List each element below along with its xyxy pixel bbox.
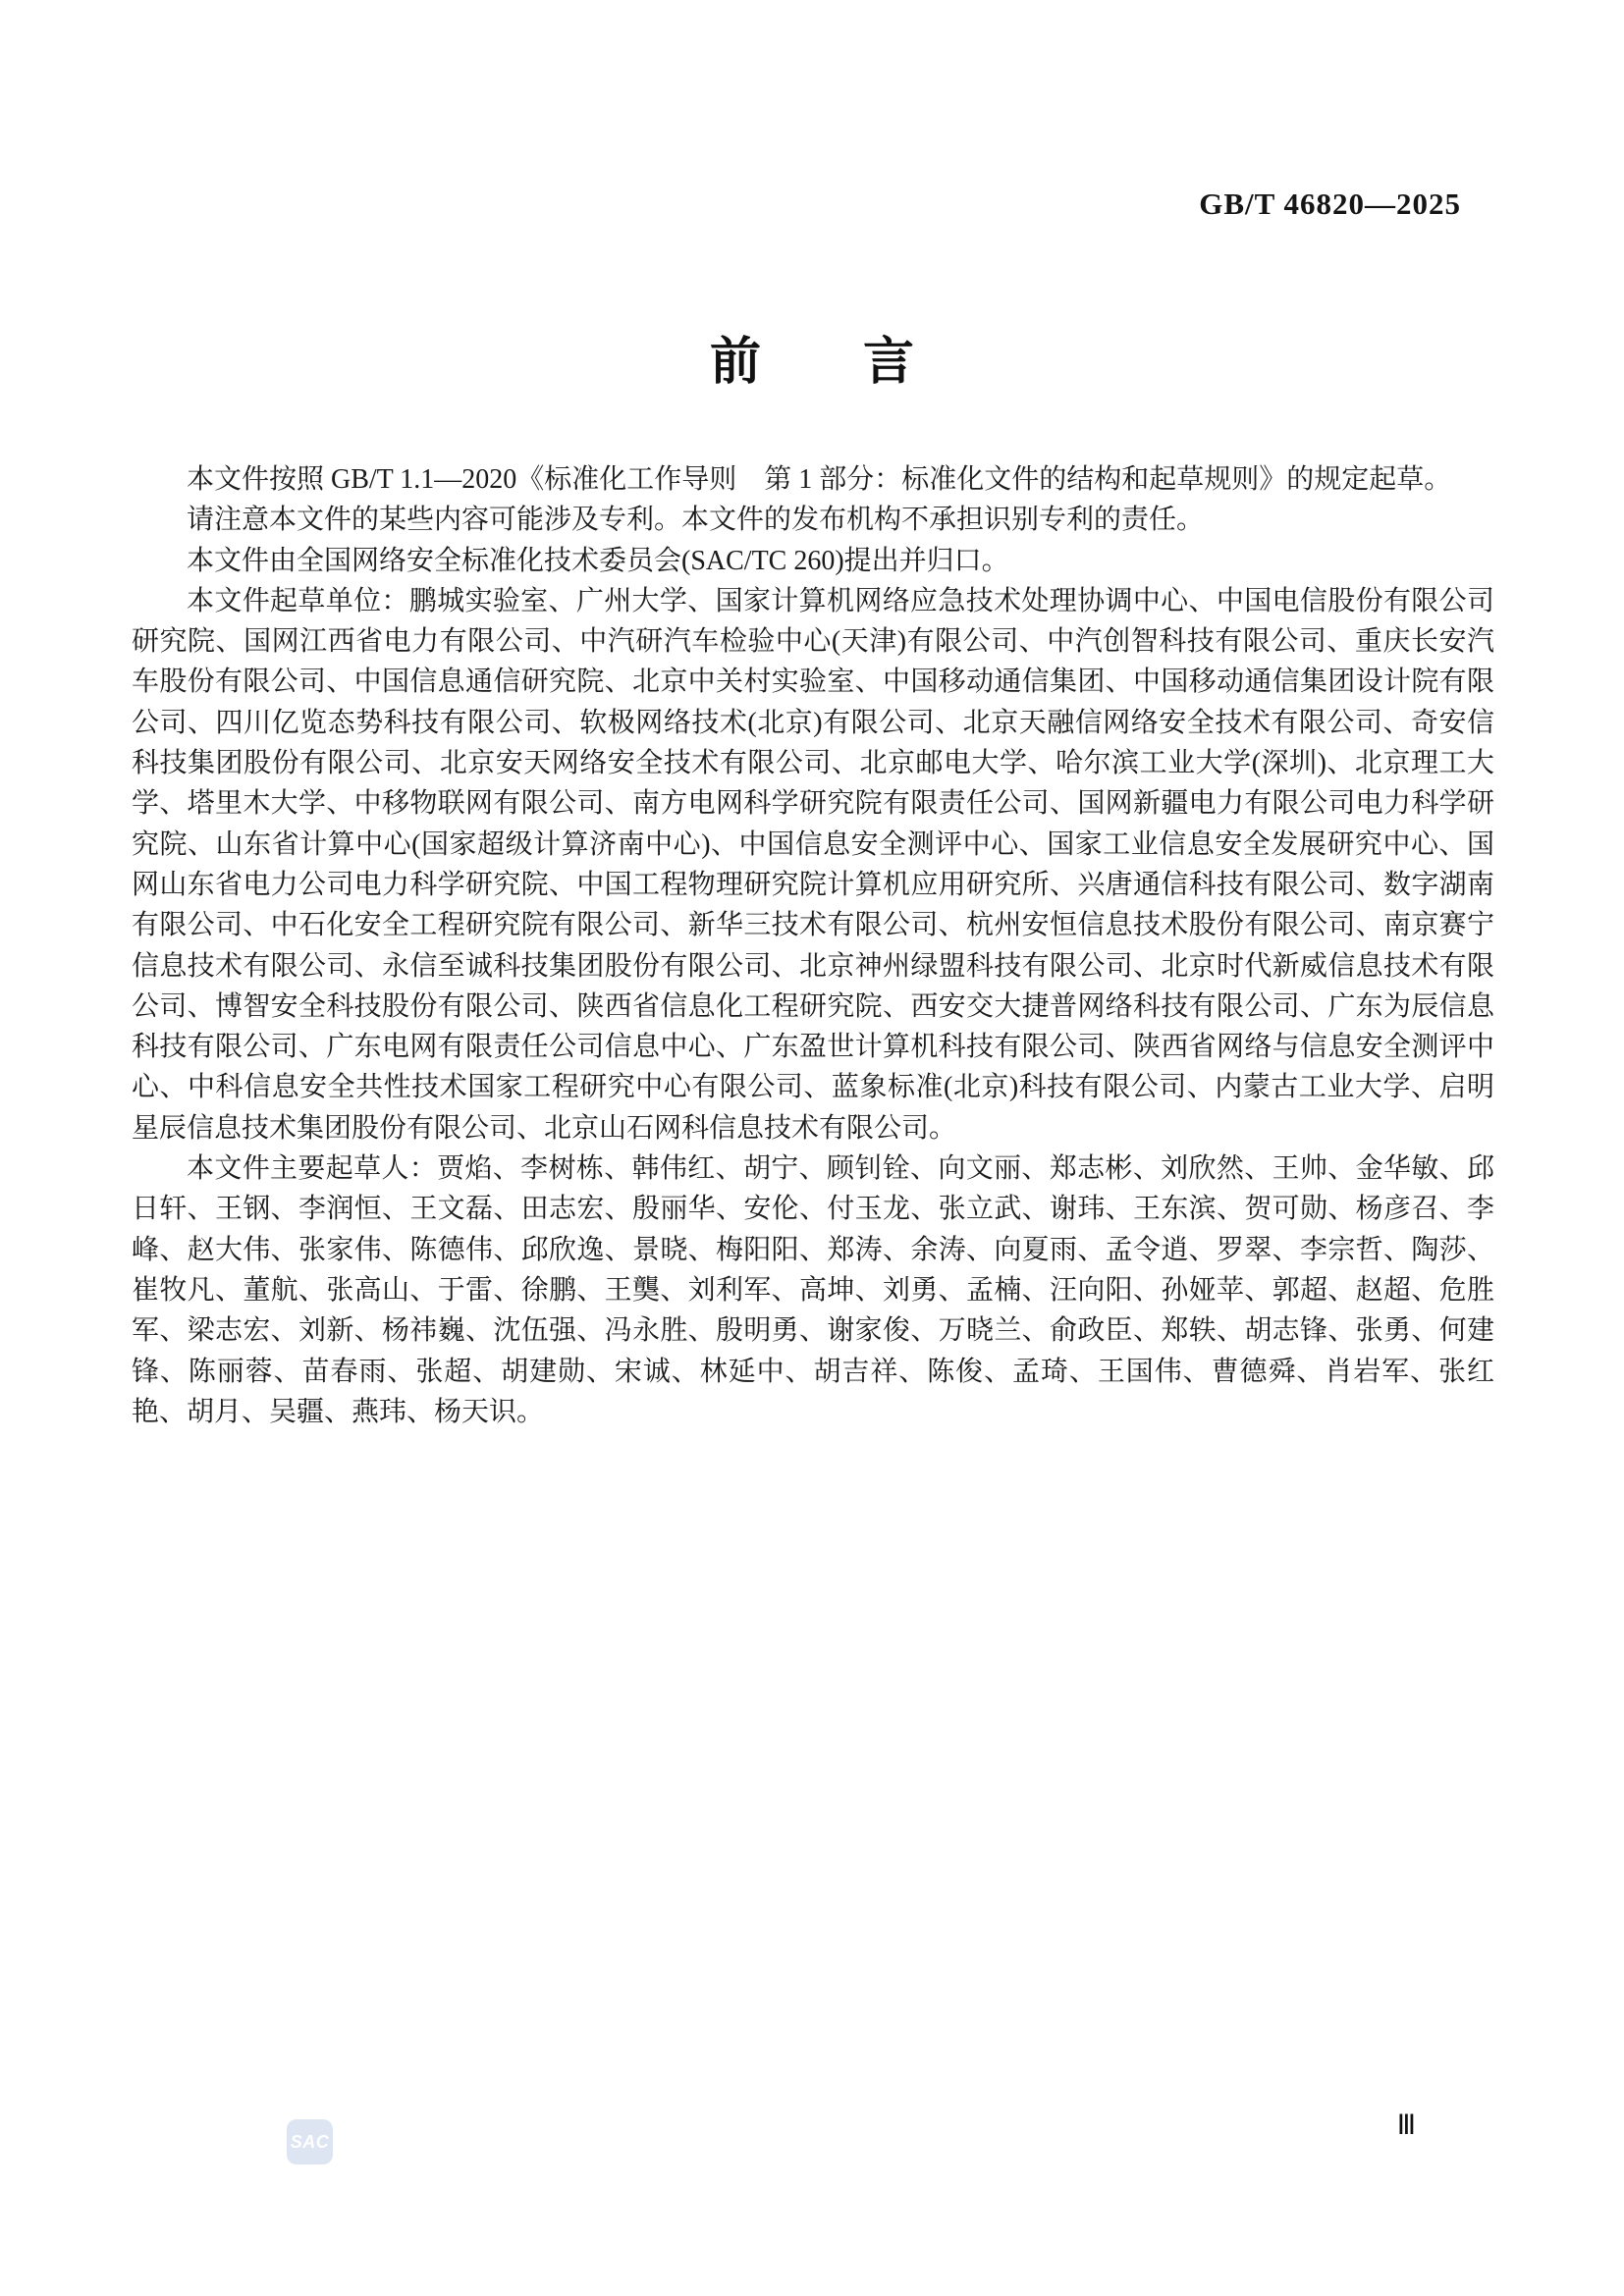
- paragraph-committee: 本文件由全国网络安全标准化技术委员会(SAC/TC 260)提出并归口。: [132, 541, 1494, 581]
- page-title: 前 言: [0, 320, 1624, 394]
- page-number: Ⅲ: [1397, 2109, 1416, 2142]
- sac-logo: SAC: [287, 2119, 333, 2164]
- standard-number: GB/T 46820—2025: [1199, 187, 1461, 222]
- sac-logo-text: SAC: [291, 2132, 330, 2153]
- paragraph-drafting-rules: 本文件按照 GB/T 1.1—2020《标准化工作导则 第 1 部分：标准化文件…: [132, 459, 1494, 500]
- paragraph-drafting-organizations: 本文件起草单位：鹏城实验室、广州大学、国家计算机网络应急技术处理协调中心、中国电…: [132, 581, 1494, 1148]
- document-page: GB/T 46820—2025 前 言 本文件按照 GB/T 1.1—2020《…: [0, 0, 1624, 2296]
- paragraph-patent-notice: 请注意本文件的某些内容可能涉及专利。本文件的发布机构不承担识别专利的责任。: [132, 500, 1494, 540]
- paragraph-drafters: 本文件主要起草人：贾焰、李树栋、韩伟红、胡宁、顾钊铨、向文丽、郑志彬、刘欣然、王…: [132, 1148, 1494, 1432]
- foreword-body: 本文件按照 GB/T 1.1—2020《标准化工作导则 第 1 部分：标准化文件…: [132, 459, 1494, 1432]
